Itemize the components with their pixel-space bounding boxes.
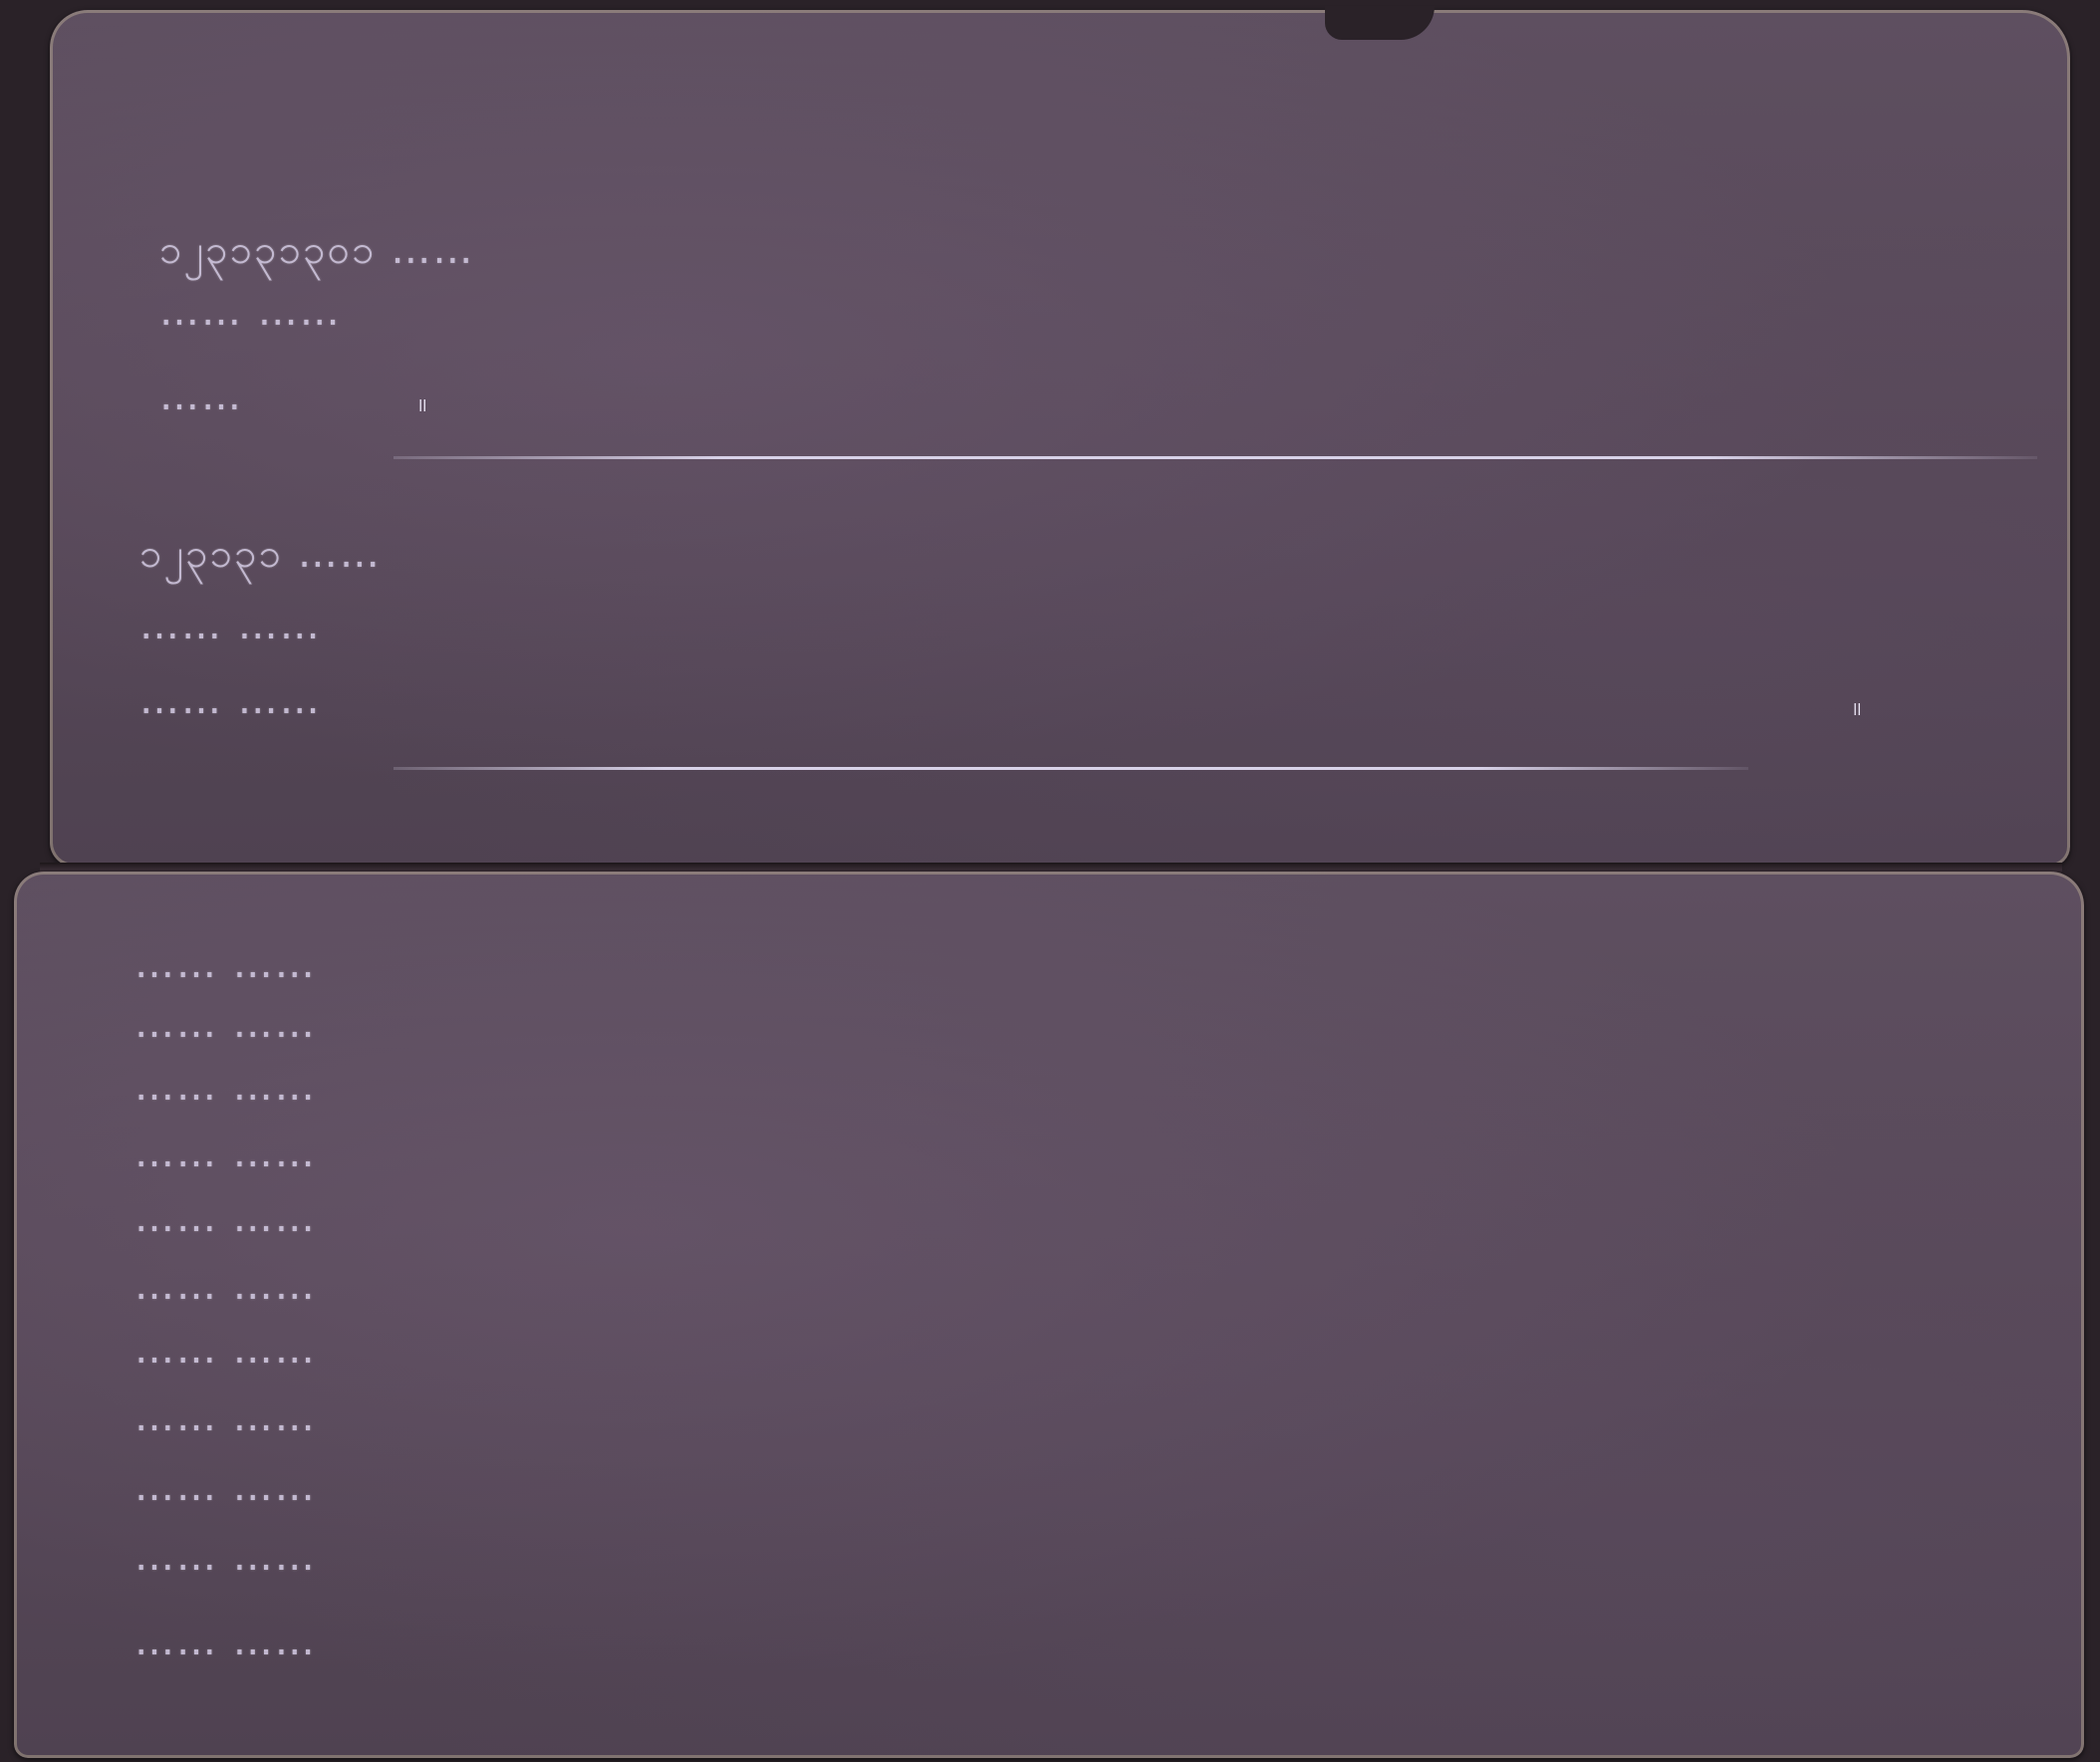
- torn-edge: [1325, 6, 1435, 40]
- section-end-marker: ။: [1853, 687, 1861, 729]
- script-line: …… ……: [134, 1064, 2047, 1110]
- script-line: …… ……: [134, 941, 2047, 987]
- script-line: …… ……: [134, 1464, 2047, 1510]
- script-line: …… ……: [139, 603, 2032, 648]
- divider-rule: [394, 456, 2037, 459]
- script-line: ၁၂၃၁၃၁ ……: [139, 528, 2032, 587]
- script-line: …… ……: [134, 1327, 2047, 1373]
- script-line: …… ……: [134, 1131, 2047, 1176]
- script-line: …… ……: [139, 677, 1783, 723]
- manuscript-folio-top: [50, 10, 2070, 867]
- script-line: …… ……: [134, 1534, 2047, 1580]
- script-line: …… ……: [134, 1263, 2047, 1309]
- section-end-marker: ။: [418, 383, 426, 425]
- script-line: ……: [159, 374, 359, 419]
- script-line: ၁၂၃၁၃၁၃ဝ၁ ……: [159, 224, 2022, 283]
- script-line: …… ……: [134, 1394, 2047, 1440]
- script-line: …… ……: [134, 1195, 2047, 1241]
- script-line: …… ……: [134, 1619, 2047, 1664]
- script-line: …… ……: [159, 289, 2022, 335]
- script-line: …… ……: [134, 1001, 2047, 1047]
- divider-rule: [394, 767, 1748, 770]
